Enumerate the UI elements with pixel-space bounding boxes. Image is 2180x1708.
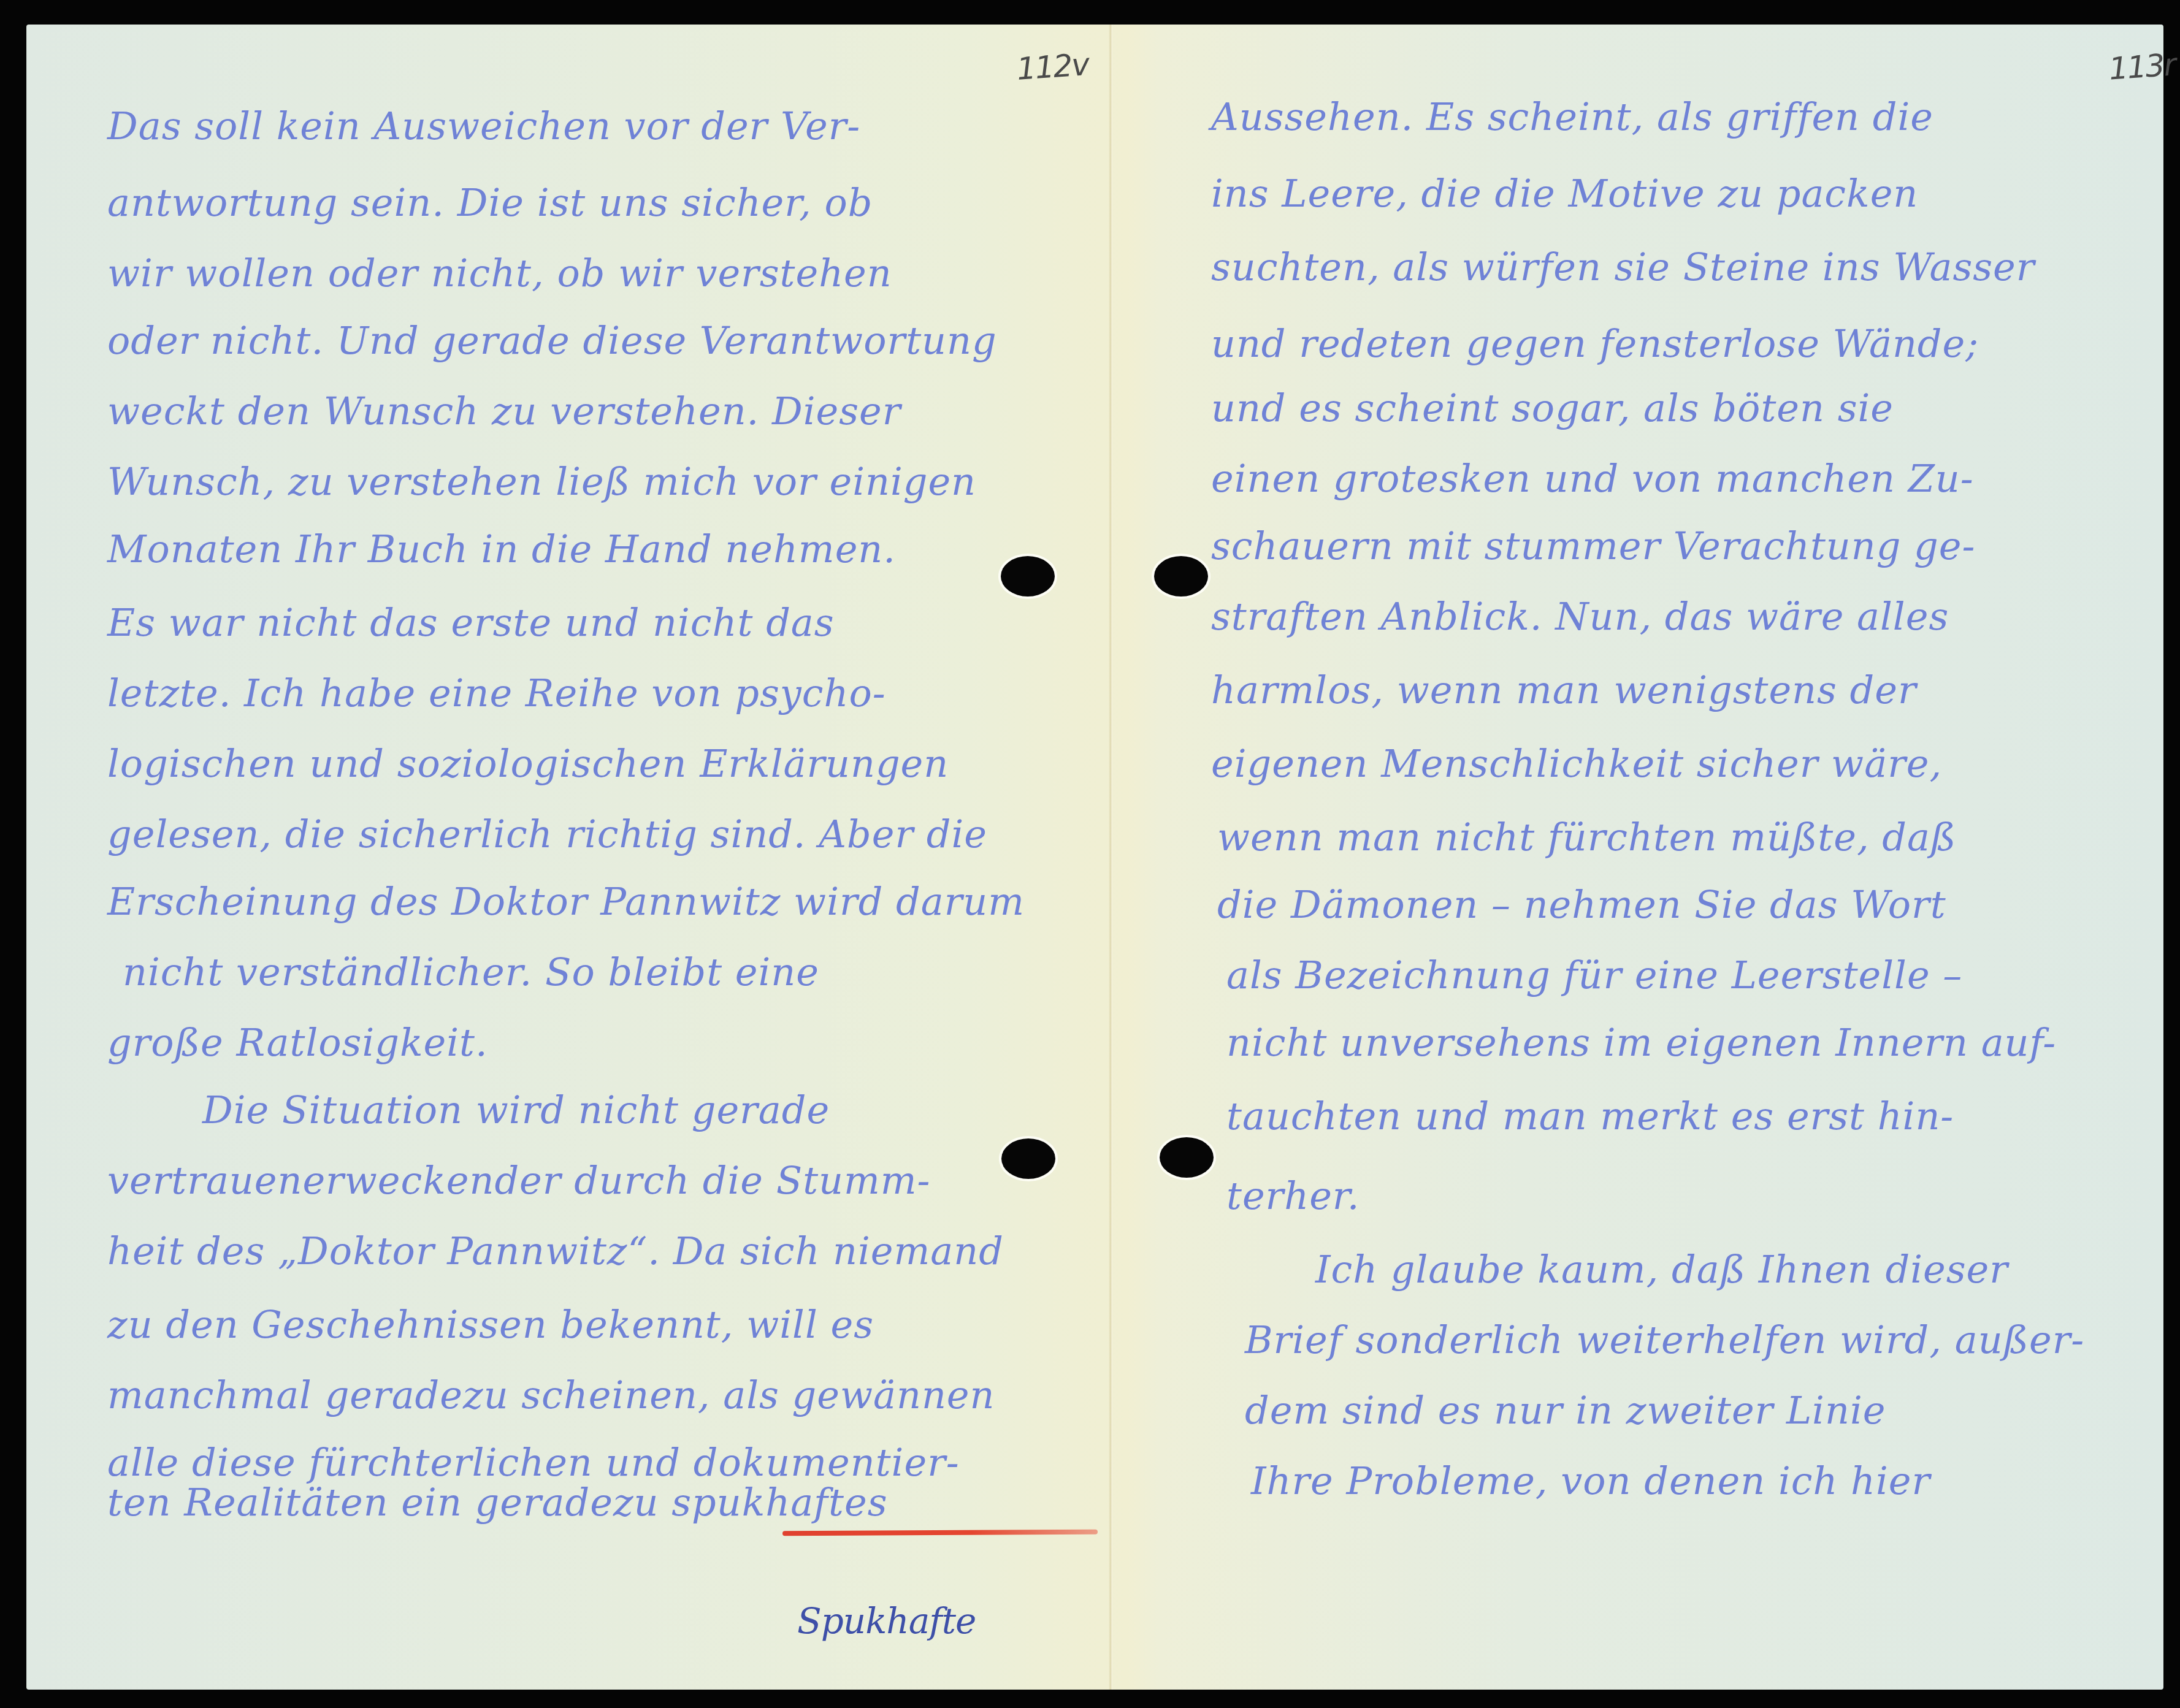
- right-line-15: tauchten und man merkt es erst hin-: [1226, 1097, 1954, 1135]
- left-line-8: Es war nicht das erste und nicht das: [107, 604, 835, 642]
- punch-hole: [1154, 556, 1208, 597]
- folio-number-left: 112v: [1015, 47, 1090, 87]
- right-line-2: ins Leere, die die Motive zu packen: [1211, 175, 1918, 213]
- right-line-11: wenn man nicht fürchten müßte, daß: [1217, 818, 1956, 856]
- left-line-6: Wunsch, zu verstehen ließ mich vor einig…: [107, 463, 976, 501]
- right-line-16: terher.: [1226, 1177, 1360, 1215]
- left-line-21: ten Realitäten ein geradezu spukhaftes: [107, 1484, 887, 1522]
- right-line-19: dem sind es nur in zweiter Linie: [1245, 1392, 1886, 1430]
- right-line-1: Aussehen. Es scheint, als griffen die: [1211, 98, 1933, 136]
- right-line-17: Ich glaube kaum, daß Ihnen dieser: [1315, 1251, 2008, 1289]
- left-line-10: logischen und soziologischen Erklärungen: [107, 745, 949, 783]
- right-line-10: eigenen Menschlichkeit sicher wäre,: [1211, 745, 1942, 783]
- right-line-18: Brief sonderlich weiterhelfen wird, auße…: [1245, 1321, 2084, 1359]
- left-line-19: manchmal geradezu scheinen, als gewännen: [107, 1376, 995, 1414]
- folio-number-right: 113r: [2108, 47, 2176, 86]
- left-line-12: Erscheinung des Doktor Pannwitz wird dar…: [107, 883, 1025, 921]
- left-line-14: große Ratlosigkeit.: [107, 1024, 488, 1062]
- left-line-1: Das soll kein Ausweichen vor der Ver-: [107, 107, 860, 145]
- right-line-12: die Dämonen – nehmen Sie das Wort: [1217, 886, 1946, 924]
- punch-hole: [1001, 556, 1055, 597]
- left-line-7: Monaten Ihr Buch in die Hand nehmen.: [107, 530, 896, 568]
- left-line-16: vertrauenerweckender durch die Stumm-: [107, 1162, 931, 1200]
- right-line-5: und es scheint sogar, als böten sie: [1211, 389, 1894, 427]
- left-line-11: gelesen, die sicherlich richtig sind. Ab…: [107, 815, 987, 853]
- right-line-14: nicht unversehens im eigenen Innern auf-: [1226, 1024, 2056, 1062]
- left-line-3: wir wollen oder nicht, ob wir verstehen: [107, 254, 892, 292]
- left-line-15: Die Situation wird nicht gerade: [202, 1091, 830, 1129]
- right-line-20: Ihre Probleme, von denen ich hier: [1251, 1462, 1930, 1500]
- right-line-3: suchten, als würfen sie Steine ins Wasse…: [1211, 248, 2035, 286]
- punch-hole: [1001, 1138, 1055, 1179]
- punch-hole: [1160, 1137, 1214, 1178]
- right-line-7: schauern mit stummer Verachtung ge-: [1211, 527, 1975, 565]
- left-line-20: alle diese fürchterlichen und dokumentie…: [107, 1444, 960, 1482]
- right-line-13: als Bezeichnung für eine Leerstelle –: [1226, 956, 1962, 994]
- left-line-5: weckt den Wunsch zu verstehen. Dieser: [107, 392, 901, 430]
- right-line-9: harmlos, wenn man wenigstens der: [1211, 671, 1917, 709]
- right-line-8: straften Anblick. Nun, das wäre alles: [1211, 598, 1949, 636]
- left-line-9: letzte. Ich habe eine Reihe von psycho-: [107, 674, 886, 712]
- right-line-4: und redeten gegen fensterlose Wände;: [1211, 325, 1979, 363]
- left-line-4: oder nicht. Und gerade diese Verantwortu…: [107, 322, 997, 360]
- left-line-2: antwortung sein. Die ist uns sicher, ob: [107, 184, 873, 222]
- right-line-6: einen grotesken und von manchen Zu-: [1211, 460, 1974, 498]
- left-line-18: zu den Geschehnissen bekennt, will es: [107, 1306, 874, 1344]
- left-line-17: heit des „Doktor Pannwitz“. Da sich niem…: [107, 1232, 1004, 1270]
- margin-annotation: Spukhafte: [797, 1600, 976, 1642]
- left-line-13: nicht verständlicher. So bleibt eine: [123, 953, 819, 991]
